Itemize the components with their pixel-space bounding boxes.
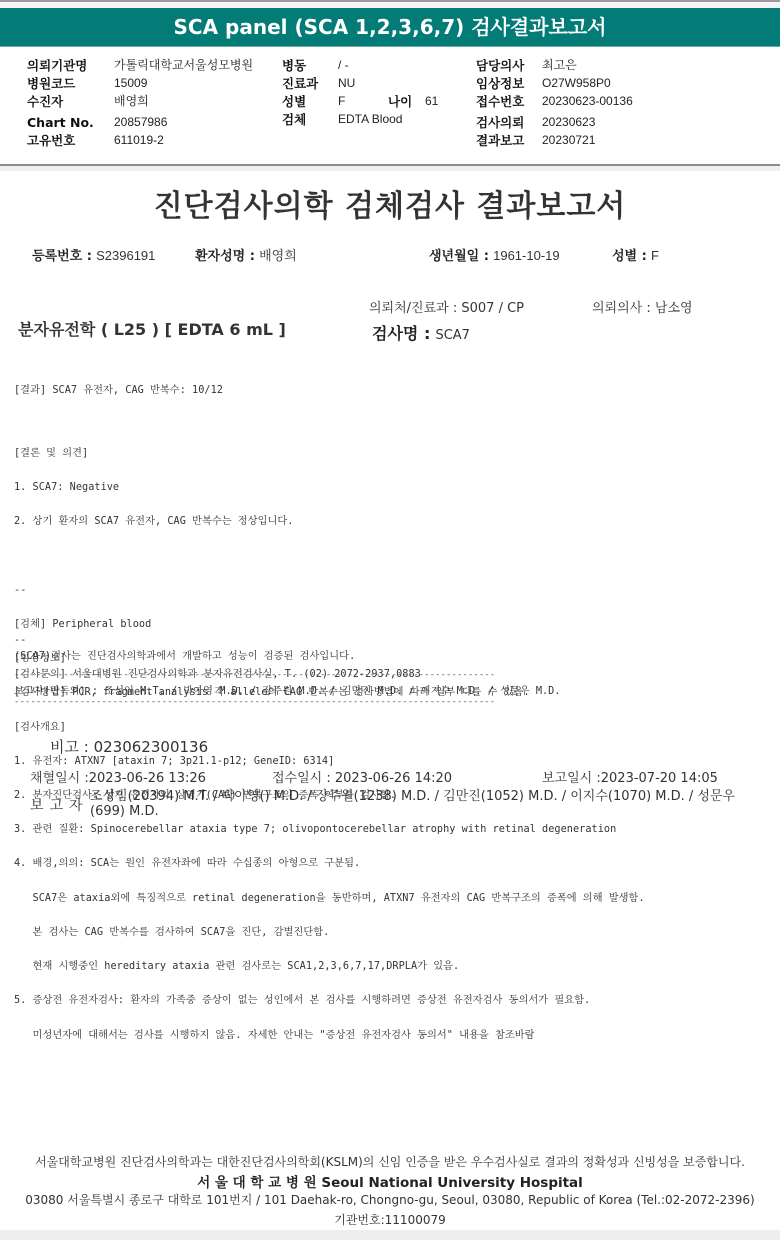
result-line: [결과] SCA7 유전자, CAG 반복수: 10/12	[14, 385, 645, 396]
collection-label: 채혈일시 :	[30, 771, 89, 786]
age-value: 61	[425, 92, 438, 111]
result-line: 2. 상기 환자의 SCA7 유전자, CAG 반복수는 정상입니다.	[14, 516, 645, 527]
sex-value: F	[651, 248, 659, 263]
test-name-value: SCA7	[435, 328, 470, 343]
reporters-label: 보고자	[30, 795, 89, 815]
hospital-address: 03080 서울특별시 종로구 대학로 101번지 / 101 Daehak-r…	[0, 1191, 780, 1208]
requesting-department-label: 의뢰처/진료과 :	[369, 301, 457, 316]
info-value: 20857986	[114, 113, 167, 132]
age-label: 나이	[388, 92, 412, 111]
info-value: NU	[338, 74, 355, 93]
result-line: --	[14, 585, 645, 596]
info-value: 20230721	[542, 131, 595, 150]
result-line	[14, 419, 645, 425]
scanned-report: 진단검사의학 검체검사 결과보고서 등록번호 : S2396191 환자성명 :…	[0, 171, 780, 1230]
info-label: 수진자	[27, 92, 63, 111]
dashed-divider: ----------------------------------------…	[14, 671, 495, 680]
info-label: 병원코드	[27, 74, 75, 93]
patient-name-value: 배영희	[259, 248, 297, 263]
test-name-label: 검사명 :	[372, 324, 430, 343]
info-value: F	[338, 92, 345, 111]
info-label: 고유번호	[27, 131, 75, 150]
birth-date: 생년월일 : 1961-10-19	[429, 245, 560, 264]
result-line: 1. 유전자: ATXN7 [ataxin 7; 3p21.1-p12; Gen…	[14, 756, 645, 767]
result-line: [검사개요]	[14, 722, 645, 733]
dashed-divider: ----------------------------------------…	[14, 698, 495, 707]
info-label: 검사의뢰	[476, 113, 524, 132]
info-value: / -	[338, 56, 349, 75]
registration-label: 등록번호 :	[32, 249, 92, 264]
report-label: 보고일시 :	[542, 771, 601, 786]
info-value: 최고은	[542, 56, 577, 75]
reception-label: 접수일시 :	[272, 771, 331, 786]
result-line: SCA7은 ataxia외에 특징적으로 retinal degeneratio…	[14, 893, 645, 904]
info-value: 20230623-00136	[542, 92, 633, 111]
collection-value: 2023-06-26 13:26	[89, 771, 206, 786]
registration-number: 등록번호 : S2396191	[32, 245, 155, 264]
info-label: 병동	[282, 56, 306, 75]
registration-value: S2396191	[96, 248, 155, 263]
result-line: 1. SCA7: Negative	[14, 482, 645, 493]
sex-label: 성별 :	[612, 249, 647, 264]
info-label: Chart No.	[27, 113, 94, 132]
report-banner: SCA panel (SCA 1,2,3,6,7) 검사결과보고서	[0, 8, 780, 47]
info-label: 검체	[282, 110, 306, 129]
patient-name: 환자성명 : 배영희	[195, 245, 297, 264]
info-label: 결과보고	[476, 131, 524, 150]
requesting-department: 의뢰처/진료과 : S007 / CP	[369, 297, 524, 316]
hospital-name: 서 울 대 학 교 병 원 Seoul National University …	[0, 1171, 780, 1191]
result-line: 본 검사는 CAG 반복수를 검사하여 SCA7을 진단, 감별진단함.	[14, 927, 645, 938]
bottom-band	[0, 1230, 780, 1240]
reception-datetime: 접수일시 : 2023-06-26 14:20	[272, 767, 452, 786]
certification-statement: 서울대학교병원 진단검사의학과는 대한진단검사의학회(KSLM)의 신임 인증을…	[0, 1153, 780, 1170]
info-label: 접수번호	[476, 92, 524, 111]
reporters-value: 조성임(20394) M.T. / 박아영() M.D. / 장주원(1238)…	[90, 789, 760, 819]
result-text-block: [결과] SCA7 유전자, CAG 반복수: 10/12 [결론 및 의견] …	[14, 362, 645, 1064]
requesting-department-value: S007 / CP	[461, 301, 524, 316]
remark: 비고 : 023062300136	[50, 736, 208, 757]
result-line: 현재 시행중인 hereditary ataxia 관련 검사로는 SCA1,2…	[14, 961, 645, 972]
contact-line: --	[14, 635, 421, 646]
report-datetime: 보고일시 :2023-07-20 14:05	[542, 767, 718, 786]
birth-date-value: 1961-10-19	[493, 248, 560, 263]
result-line: 5. 증상전 유전자검사: 환자의 가족중 증상이 없는 성인에서 본 검사를 …	[14, 995, 645, 1006]
birth-date-label: 생년월일 :	[429, 249, 489, 264]
result-line: 미성년자에 대해서는 검사를 시행하지 않음. 자세한 안내는 "증상전 유전자…	[14, 1030, 645, 1041]
info-label: 성별	[282, 92, 306, 111]
info-value: 611019-2	[114, 131, 164, 150]
info-label: 의뢰기관명	[27, 56, 87, 75]
result-line: 4. 배경,의의: SCA는 원인 유전자좌에 따라 수십종의 아형으로 구분됨…	[14, 858, 645, 869]
validation-statement: (SCA7)검사는 진단검사의학과에서 개발하고 성능이 검증된 검사입니다.	[14, 651, 355, 662]
info-label: 진료과	[282, 74, 318, 93]
patient-sex: 성별 : F	[612, 245, 659, 264]
result-line: [결론 및 의견]	[14, 448, 645, 459]
patient-name-label: 환자성명 :	[195, 249, 255, 264]
referral-info-grid: 의뢰기관명 가톨릭대학교서울성모병원 병원코드 15009 수진자 배영희 Ch…	[0, 52, 780, 152]
info-value: EDTA Blood	[338, 110, 402, 129]
result-line: 3. 관련 질환: Spinocerebellar ataxia type 7;…	[14, 824, 645, 835]
info-value: 가톨릭대학교서울성모병원	[114, 56, 253, 75]
document-title: 진단검사의학 검체검사 결과보고서	[0, 181, 780, 225]
requesting-doctor-label: 의뢰의사 :	[592, 301, 651, 316]
report-value: 2023-07-20 14:05	[601, 771, 718, 786]
collection-datetime: 채혈일시 :2023-06-26 13:26	[30, 767, 206, 786]
test-name: 검사명 : SCA7	[372, 321, 470, 344]
info-value: 15009	[114, 74, 147, 93]
remark-value: 023062300136	[94, 738, 209, 756]
reporter-line: 보고자(판독의) : 조성임 M.T. / 박아영 M.D. / 장주원 M.D…	[14, 686, 561, 697]
info-value: 배영희	[114, 92, 149, 111]
institution-code: 기관번호:11100079	[0, 1211, 780, 1228]
info-label: 담당의사	[476, 56, 524, 75]
requesting-doctor-value: 남소영	[655, 301, 693, 316]
lab-department-title: 분자유전학 ( L25 ) [ EDTA 6 mL ]	[18, 317, 286, 340]
remark-label: 비고 :	[50, 738, 89, 756]
info-value: 20230623	[542, 113, 595, 132]
requesting-doctor: 의뢰의사 : 남소영	[592, 297, 693, 316]
info-value: O27W958P0	[542, 74, 611, 93]
info-label: 임상정보	[476, 74, 524, 93]
reception-value: 2023-06-26 14:20	[335, 771, 452, 786]
result-line	[14, 551, 645, 562]
